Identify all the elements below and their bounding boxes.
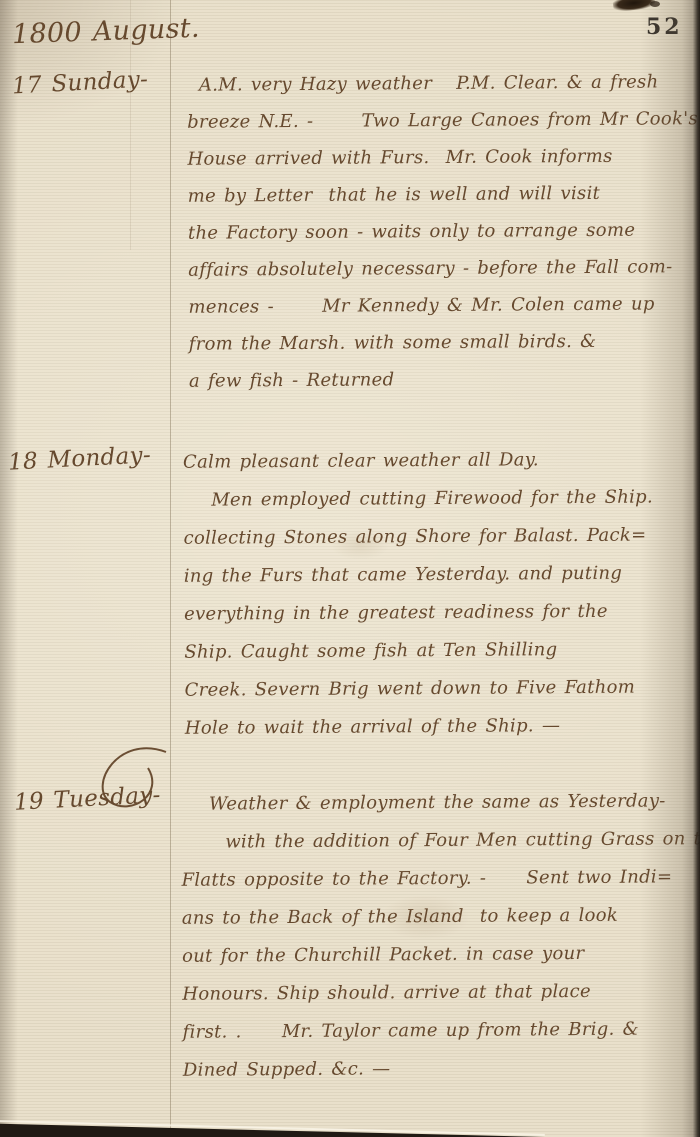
journal-line: me by Letter that he is well and will vi… [188,182,688,222]
entry-body: A.M. very Hazy weather P.M. Clear. & a f… [187,71,689,407]
journal-line: House arrived with Furs. Mr. Cook inform… [187,145,687,185]
journal-page: 1800 August. 52 17 Sunday- A.M. very Haz… [0,0,700,1137]
entry-body: Weather & employment the same as Yesterd… [181,790,693,1098]
journal-line: mences - Mr Kennedy & Mr. Colen came up [188,293,688,333]
ink-blot-stain [612,0,655,13]
journal-line: everything in the greatest readiness for… [184,600,689,642]
journal-line: ans to the Back of the Island to keep a … [182,904,692,946]
entry-body: Calm pleasant clear weather all Day. Men… [183,448,690,756]
journal-line: affairs absolutely necessary - before th… [188,256,688,296]
journal-line: out for the Churchill Packet. in case yo… [182,942,692,984]
journal-line: breeze N.E. - Two Large Canoes from Mr C… [187,108,687,148]
journal-line: first. . Mr. Taylor came up from the Bri… [183,1018,693,1060]
header-date: 1800 August. [12,13,201,51]
entry-date-label: 18 Monday- [7,442,151,475]
journal-line: Weather & employment the same as Yesterd… [181,790,691,832]
journal-line: Flatts opposite to the Factory. - Sent t… [181,866,691,908]
journal-line: Hole to wait the arrival of the Ship. — [185,714,690,756]
journal-line: Ship. Caught some fish at Ten Shilling [184,638,689,680]
journal-line: Calm pleasant clear weather all Day. [183,448,688,490]
journal-line: Creek. Severn Brig went down to Five Fat… [185,676,690,718]
journal-line: Dined Supped. &c. — [183,1056,693,1098]
journal-line: ing the Furs that came Yesterday. and pu… [184,562,689,604]
journal-line: A.M. very Hazy weather P.M. Clear. & a f… [187,71,687,111]
journal-line: a few fish - Returned [189,367,689,407]
journal-line: from the Marsh. with some small birds. & [189,330,689,370]
page-number: 52 [646,14,683,40]
journal-line: the Factory soon - waits only to arrange… [188,219,688,259]
page-bottom-edge-shadow [0,1122,545,1137]
journal-line: Honours. Ship should. arrive at that pla… [182,980,692,1022]
journal-line: with the addition of Four Men cutting Gr… [181,828,691,870]
ink-blot-stain [650,1,660,7]
entry-date-label: 17 Sunday- [11,66,148,99]
margin-rule-line [170,0,171,1137]
page-left-edge-shadow [0,0,18,1137]
journal-line: collecting Stones along Shore for Balast… [183,524,688,566]
entry-date-label: 19 Tuesday- [13,782,161,816]
manuscript-scan: 1800 August. 52 17 Sunday- A.M. very Haz… [0,0,700,1137]
journal-line: Men employed cutting Firewood for the Sh… [183,486,688,528]
